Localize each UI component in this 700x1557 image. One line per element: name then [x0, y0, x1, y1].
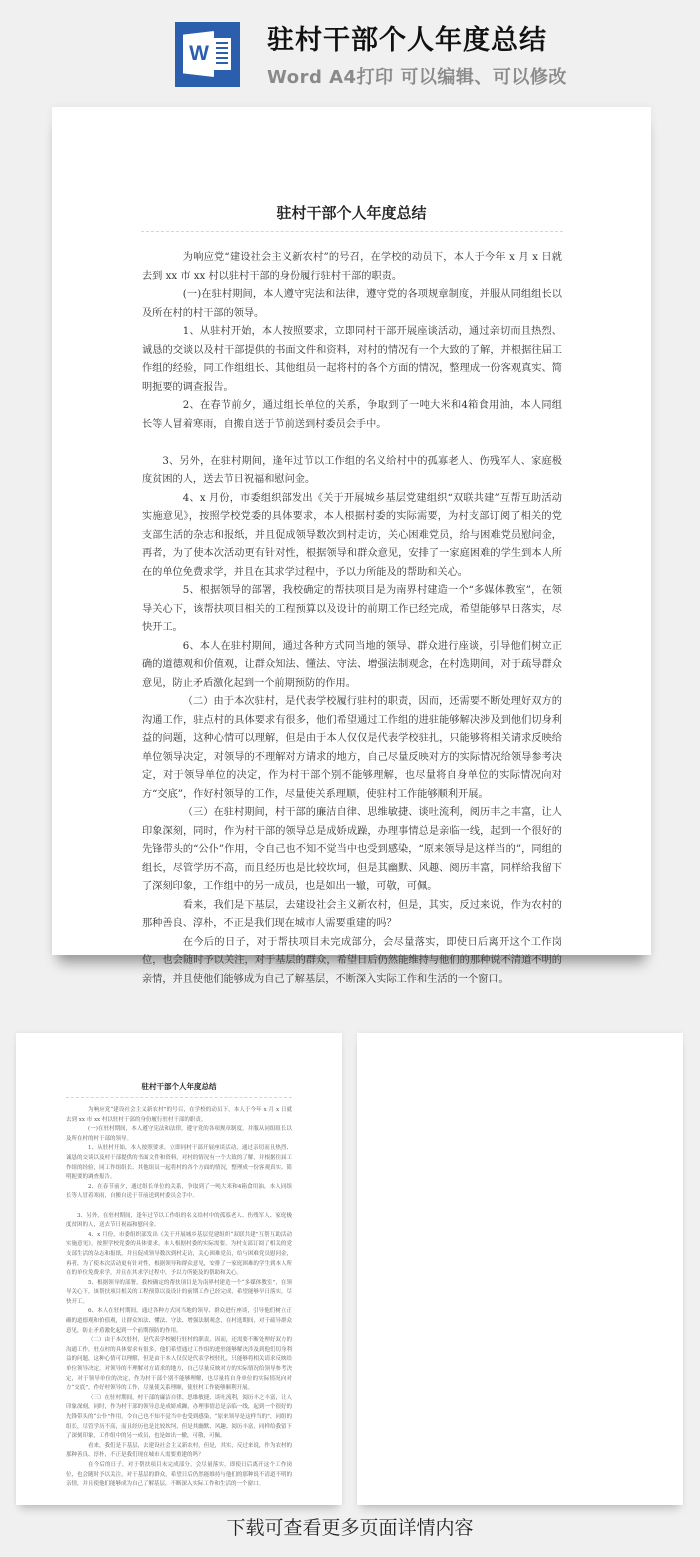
paragraph-section-3: （三）在驻村期间，村干部的廉洁自律、思维敏捷、谈吐流利，阅历丰之丰富，让人印象深… [142, 804, 562, 897]
thumbnail-document-body: 为响应党“建设社会主义新农村”的号召，在学校的动员下，本人于今年 x 月 x 日… [66, 1106, 292, 1490]
word-document-icon: W [175, 22, 240, 87]
paragraph-item-4: 4、x 月份，市委组织部发出《关于开展城乡基层党建组织“双联共建”互帮互助活动实… [142, 490, 562, 583]
paragraph-section-2: （二）由于本次驻村，是代表学校履行驻村的职责，因而，还需要不断处理好双方的沟通工… [142, 693, 562, 804]
thumbnail-paragraph: （二）由于本次驻村，是代表学校履行驻村的职责，因而，还需要不断处理好双方的沟通工… [66, 1336, 292, 1394]
page-1-thumbnail[interactable]: 驻村干部个人年度总结 为响应党“建设社会主义新农村”的号召，在学校的动员下，本人… [16, 1033, 342, 1505]
paragraph-intro: 为响应党“建设社会主义新农村”的号召，在学校的动员下，本人于今年 x 月 x 日… [142, 249, 562, 286]
download-more-hint: 下载可查看更多页面详情内容 [0, 1513, 700, 1540]
document-body: 为响应党“建设社会主义新农村”的号召，在学校的动员下，本人于今年 x 月 x 日… [142, 249, 562, 989]
paragraph-conclusion: 在今后的日子，对于帮扶项目未完成部分，会尽量落实，即使日后离开这个工作岗位，也会… [142, 934, 562, 990]
paragraph-item-2: 2、在春节前夕，通过组长单位的关系，争取到了一吨大米和4箱食用油，本人同组长等人… [142, 397, 562, 434]
document-title: 驻村干部个人年度总结 [52, 202, 651, 223]
thumbnail-paragraph: 看来，我们是下基层，去建设社会主义新农村，但是，其实，反过来说，作为农村的那种善… [66, 1442, 292, 1461]
paragraph-item-3: 3、另外，在驻村期间，逢年过节以工作组的名义给村中的孤寡老人、伤残军人、家庭极度… [142, 453, 562, 490]
thumbnail-paragraph: 5、根据领导的部署，我校确定的帮扶项目是为南界村建造一个“多媒体教室”，在领导关… [66, 1279, 292, 1308]
header-subtitle: Word A4打印 可以编辑、可以修改 [267, 63, 567, 89]
word-letter: W [186, 42, 212, 66]
title-divider [141, 231, 563, 232]
document-lines-graphic [213, 38, 231, 70]
document-front-graphic: W [183, 31, 214, 77]
thumbnail-paragraph: 2、在春节前夕，通过组长单位的关系，争取到了一吨大米和4箱食用油，本人同组长等人… [66, 1183, 292, 1202]
thumbnail-paragraph: (一)在驻村期间，本人遵守宪法和法律，遵守党的各项规章制度，并服从同组组长以及所… [66, 1125, 292, 1144]
paragraph-item-1: 1、从驻村开始，本人按照要求，立即同村干部开展座谈活动，通过亲切而且热烈、诚恳的… [142, 323, 562, 397]
paragraph-item-5: 5、根据领导的部署，我校确定的帮扶项目是为南界村建造一个“多媒体教室”，在领导关… [142, 582, 562, 638]
header-title: 驻村干部个人年度总结 [267, 18, 547, 57]
thumbnail-title-divider [66, 1097, 292, 1098]
document-page-preview: 驻村干部个人年度总结 为响应党“建设社会主义新农村”的号召，在学校的动员下，本人… [52, 107, 651, 955]
thumbnail-paragraph: 在今后的日子，对于帮扶项目未完成部分，会尽量落实，即使日后离开这个工作岗位，也会… [66, 1461, 292, 1490]
thumbnail-paragraph: 1、从驻村开始，本人按照要求，立即同村干部开展座谈活动，通过亲切而且热烈、诚恳的… [66, 1144, 292, 1182]
thumbnail-paragraph: 3、另外，在驻村期间，逢年过节以工作组的名义给村中的孤寡老人、伤残军人、家庭极度… [66, 1212, 292, 1231]
thumbnail-paragraph: 为响应党“建设社会主义新农村”的号召，在学校的动员下，本人于今年 x 月 x 日… [66, 1106, 292, 1125]
paragraph-section-1: (一)在驻村期间，本人遵守宪法和法律，遵守党的各项规章制度，并服从同组组长以及所… [142, 286, 562, 323]
header-banner: W 驻村干部个人年度总结 Word A4打印 可以编辑、可以修改 [0, 0, 700, 100]
page-2-thumbnail[interactable] [357, 1033, 683, 1505]
thumbnail-paragraph: 4、x 月份，市委组织部发出《关于开展城乡基层党建组织“双联共建”互帮互助活动实… [66, 1231, 292, 1279]
paragraph-item-6: 6、本人在驻村期间，通过各种方式同当地的领导、群众进行座谈，引导他们树立正确的道… [142, 638, 562, 694]
thumbnail-paragraph: 6、本人在驻村期间，通过各种方式同当地的领导、群众进行座谈，引导他们树立正确的道… [66, 1307, 292, 1336]
paragraph-reflection: 看来，我们是下基层，去建设社会主义新农村，但是，其实，反过来说，作为农村的那种善… [142, 897, 562, 934]
thumbnail-paragraph: （三）在驻村期间，村干部的廉洁自律、思维敏捷、谈吐流利，阅历丰之丰富，让人印象深… [66, 1394, 292, 1442]
thumbnail-document-title: 驻村干部个人年度总结 [16, 1081, 342, 1092]
